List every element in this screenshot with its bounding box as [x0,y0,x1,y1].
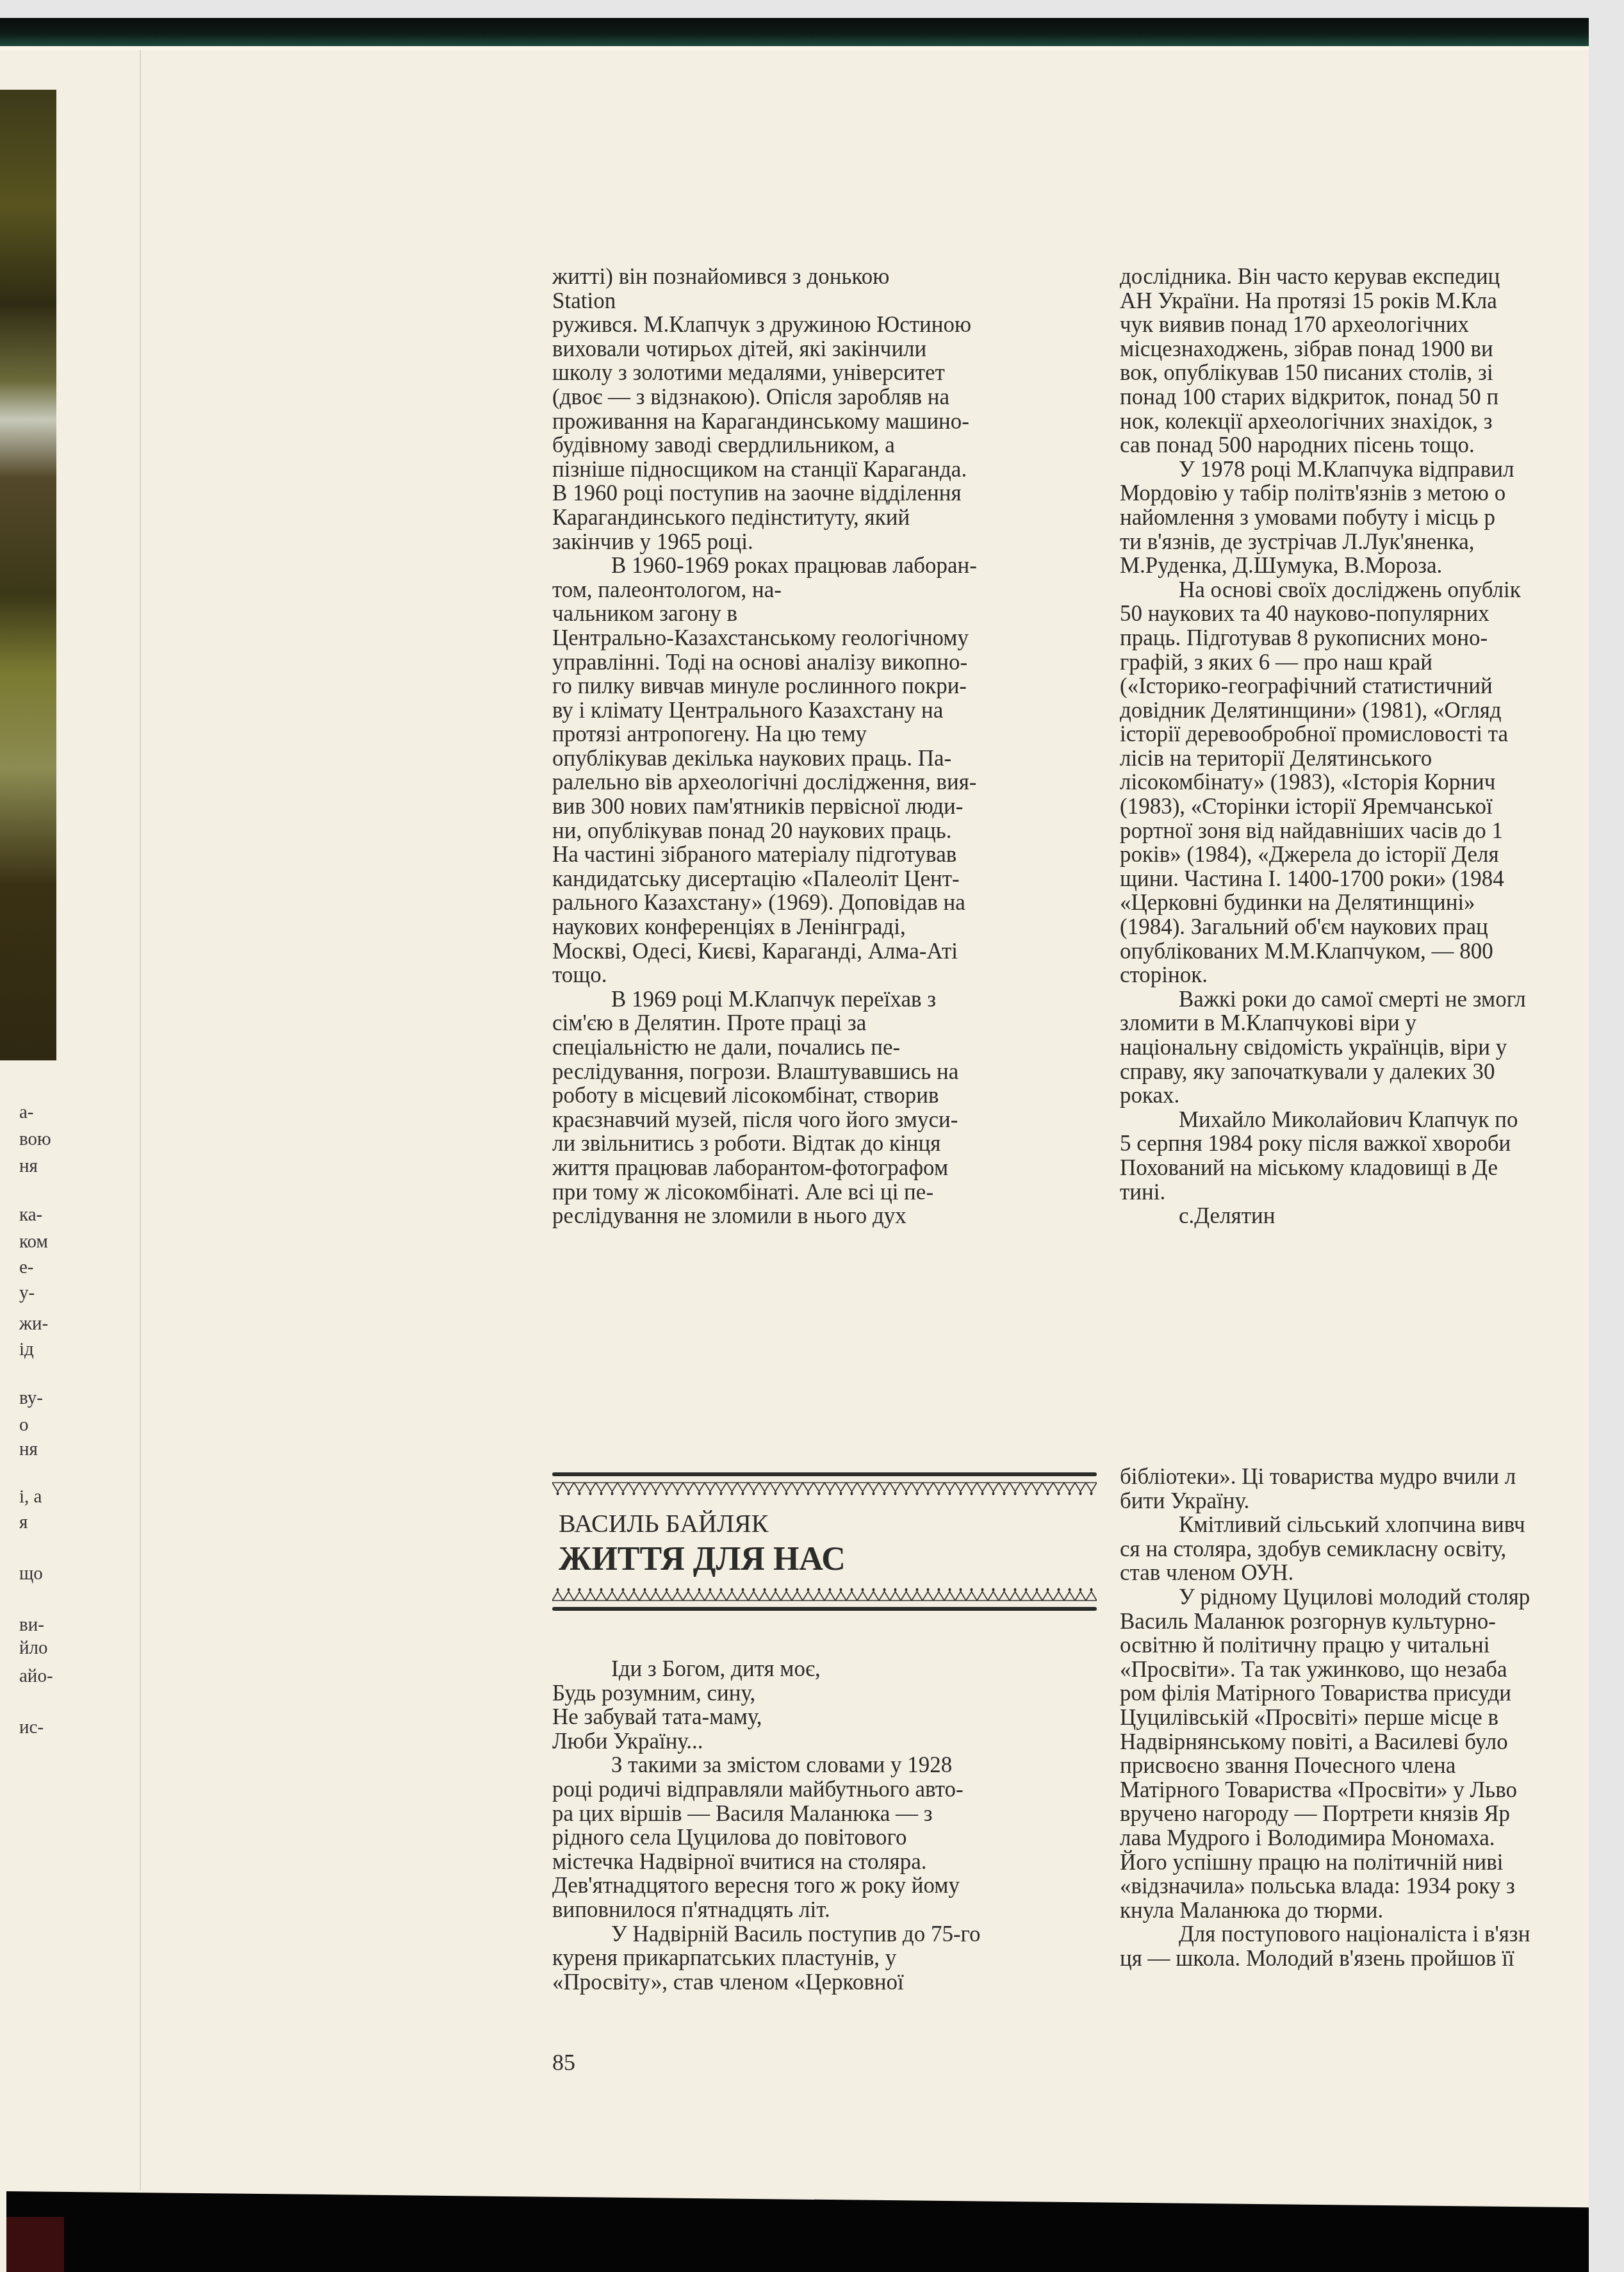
paragraph: бібліотеки». Ці товариства мудро вчили л… [1120,1465,1594,1513]
text-line: школу з золотими медалями, університет [552,361,1103,385]
text-line: Люби Україну... [552,1729,1103,1754]
text-line: бити Україну. [1120,1489,1594,1513]
paragraph: З такими за змістом словами у 1928році р… [552,1753,1103,1922]
text-line: присвоєно звання Почесного члена [1120,1754,1594,1778]
text-line: ву і клімату Центрального Казахстану на [552,698,1103,723]
text-line: Похований на міському кладовищі в Де [1120,1156,1594,1180]
text-line: при тому ж лісокомбінаті. Але всі ці пе- [552,1180,1103,1205]
text-line: тині. [1120,1180,1594,1205]
text-line: У Надвірній Василь поступив до 75-го [552,1922,1103,1947]
text-line: куреня прикарпатських пластунів, у [552,1946,1103,1970]
paragraph: Іди з Богом, дитя моє,Будь розумним, син… [552,1657,1103,1753]
text-line: будівному заводі свердлильником, а [552,433,1103,457]
text-line: го пилку вивчав минуле рослинного покри- [552,674,1103,698]
text-line: сав понад 500 народних пісень тощо. [1120,433,1594,457]
text-line: роках. [1120,1083,1594,1108]
text-line: Михайло Миколайович Клапчук по [1120,1108,1594,1132]
article1-column-right: дослідника. Він часто керував експедицАН… [1120,265,1594,1228]
text-line: управлінні. Тоді на основі аналізу викоп… [552,650,1103,675]
previous-page-text: ня [19,1156,38,1177]
text-line: вручено нагороду — Портрети князів Яр [1120,1802,1594,1826]
text-line: ра цих віршів — Василя Маланюка — з [552,1802,1103,1826]
text-line: 50 наукових та 40 науково-популярних [1120,602,1594,626]
text-line: У рідному Цуцилові молодий столяр [1120,1585,1594,1609]
text-line: праць. Підготував 8 рукописних моно- [1120,626,1594,650]
header-rule-bottom [552,1607,1097,1611]
text-line: кнула Маланюка до тюрми. [1120,1898,1594,1923]
text-line: дослідника. Він часто керував експедиц [1120,265,1594,289]
text-line: У 1978 році М.Клапчука відправил [1120,457,1594,482]
paragraph: Важкі роки до самої смерті не змоглзломи… [1120,987,1594,1108]
text-line: М.Руденка, Д.Шумука, В.Мороза. [1120,554,1594,578]
text-line: спеціальністю не дали, почались пе- [552,1035,1103,1060]
previous-page-text: ви- [19,1615,44,1636]
text-line: освітню й політичну працю у читальні [1120,1633,1594,1658]
text-line: Центрально-Казахстанському геологічному [552,626,1103,650]
previous-page-text: я [19,1512,28,1533]
previous-page-text: і, а [19,1486,42,1508]
text-line: В 1960-1969 роках працював лаборан- [552,554,1103,578]
text-line: Не забувай тата-маму, [552,1705,1103,1729]
header-rule-top [552,1472,1097,1476]
previous-page-text: ву- [19,1388,43,1409]
paragraph: житті) він познайомився з донькоюStation… [552,265,1103,554]
text-line: чук виявив понад 170 археологічних [1120,313,1594,337]
text-line: ти в'язнів, де зустрічав Л.Лук'яненка, [1120,530,1594,554]
text-line: лісокомбінату» (1983), «Історія Корнич [1120,770,1594,794]
text-line: реслідування, погрози. Влаштувавшись на [552,1060,1103,1084]
paragraph: дослідника. Він часто керував експедицАН… [1120,265,1594,457]
text-line: (1984). Загальний об'єм наукових прац [1120,915,1594,939]
ornament-border-top [552,1481,1097,1495]
text-line: пізніше підносщиком на станції Караганда… [552,457,1103,482]
text-line: кандидатську дисертацію «Палеоліт Цент- [552,867,1103,891]
previous-page-text: ня [19,1439,38,1460]
text-line: ся на столяра, здобув семикласну освіту, [1120,1537,1594,1561]
text-line: рального Казахстану» (1969). Доповідав н… [552,891,1103,915]
text-line: зломити в М.Клапчукові віри у [1120,1011,1594,1035]
previous-page-text: ка- [19,1205,42,1226]
text-line: році родичі відправляли майбутнього авто… [552,1777,1103,1802]
text-line: На частині зібраного матеріалу підготува… [552,843,1103,867]
text-line: графій, з яких 6 — про наш край [1120,650,1594,675]
text-line: вок, опублікував 150 писаних столів, зі [1120,361,1594,385]
text-line: Надвірнянському повіті, а Василеві було [1120,1730,1594,1754]
previous-page-text: ис- [19,1717,44,1738]
text-line: На основі своїх досліджень опублік [1120,578,1594,602]
text-line: національну свідомість українців, віри у [1120,1035,1594,1060]
text-line: нок, колекції археологічних знахідок, з [1120,409,1594,434]
text-line: ли звільнитись з роботи. Відтак до кінця [552,1132,1103,1156]
paragraph: В 1960-1969 роках працював лаборан-том, … [552,554,1103,987]
previous-page-text: ід [19,1339,34,1360]
text-line: щини. Частина І. 1400-1700 роки» (1984 [1120,867,1594,891]
paragraph: с.Делятин [1120,1204,1594,1228]
text-line: довідник Делятинщини» (1981), «Огляд [1120,698,1594,723]
previous-page-text: айо- [19,1666,53,1687]
paragraph: У 1978 році М.Клапчука відправилМордовію… [1120,457,1594,578]
previous-page-fragments: а-воюняка-коме-у-жи-ідву-оняі, аящови-йл… [0,0,147,2272]
text-line: опублікованих М.М.Клапчуком, — 800 [1120,939,1594,964]
article2-column-right: бібліотеки». Ці товариства мудро вчили л… [1120,1465,1594,1970]
ornament-border-bottom [552,1588,1097,1602]
text-line: життя працював лаборантом-фотографом [552,1156,1103,1180]
previous-page-text: жи- [19,1313,48,1335]
text-line: бібліотеки». Ці товариства мудро вчили л [1120,1465,1594,1489]
text-line: виховали чотирьох дітей, які закінчили [552,337,1103,361]
article-title: ЖИТТЯ ДЛЯ НАС [559,1542,1097,1577]
text-line: реслідування не зломили в нього дух [552,1204,1103,1228]
text-line: опублікував декілька наукових праць. Па- [552,746,1103,771]
article2-header: ВАСИЛЬ БАЙЛЯК ЖИТТЯ ДЛЯ НАС [552,1472,1097,1611]
page-top-edge [0,46,1589,50]
previous-page-text: вою [19,1129,51,1150]
article2-column-left: Іди з Богом, дитя моє,Будь розумним, син… [552,1657,1103,1994]
text-line: закінчив у 1965 році. [552,530,1103,554]
text-line: проживання на Карагандинському машино- [552,409,1103,434]
paragraph: На основі своїх досліджень опублік50 нау… [1120,578,1594,987]
text-line: рідного села Цуцилова до повітового [552,1825,1103,1850]
text-line: Матірного Товариства «Просвіти» у Льво [1120,1778,1594,1802]
text-line: ралельно вів археологічні дослідження, в… [552,770,1103,794]
text-line: В 1960 році поступив на заочне відділенн… [552,481,1103,506]
text-line: Дев'ятнадцятого вересня того ж року йому [552,1873,1103,1898]
text-line: Іди з Богом, дитя моє, [552,1657,1103,1681]
paragraph: Кмітливий сільський хлопчина вивчся на с… [1120,1513,1594,1585]
text-line: справу, яку започаткували у далеких 30 [1120,1060,1594,1084]
text-line: 5 серпня 1984 року після важкої хвороби [1120,1132,1594,1156]
text-line: наукових конференціях в Ленінграді, [552,915,1103,939]
text-line: («Історико-географічний статистичний [1120,674,1594,698]
text-line: понад 100 старих відкриток, понад 50 п [1120,385,1594,409]
page-number: 85 [552,2049,575,2076]
text-line: Station [552,289,1103,313]
article1-column-left: житті) він познайомився з донькоюStation… [552,265,1103,1228]
text-line: Для поступового націоналіста і в'язн [1120,1922,1594,1947]
text-line: АН України. На протязі 15 років М.Кла [1120,289,1594,313]
text-line: Карагандинського педінституту, який [552,506,1103,530]
text-line: лава Мудрого і Володимира Мономаха. [1120,1826,1594,1850]
text-line: Кмітливий сільський хлопчина вивч [1120,1513,1594,1537]
text-line: вив 300 нових пам'ятників первісної люди… [552,794,1103,819]
text-line: том, палеонтологом, на- [552,578,1103,602]
previous-page-text: що [19,1563,43,1585]
text-line: Москві, Одесі, Києві, Караганді, Алма-Ат… [552,939,1103,964]
text-line: тощо. [552,963,1103,987]
text-line: житті) він познайомився з донькою [552,265,1103,289]
text-line: років» (1984), «Джерела до історії Деля [1120,843,1594,867]
paragraph: Для поступового націоналіста і в'язнця —… [1120,1922,1594,1970]
text-line: В 1969 році М.Клапчук переїхав з [552,987,1103,1012]
text-line: «відзначила» польська влада: 1934 року з [1120,1874,1594,1898]
text-line: сім'єю в Делятин. Проте праці за [552,1011,1103,1035]
text-line: містечка Надвірної вчитися на столяра. [552,1850,1103,1874]
paragraph: У рідному Цуцилові молодий столярВасиль … [1120,1585,1594,1922]
text-line: ружився. М.Клапчук з дружиною Юстиною [552,313,1103,337]
article-author: ВАСИЛЬ БАЙЛЯК [559,1510,1097,1538]
paragraph: В 1969 році М.Клапчук переїхав зсім'єю в… [552,987,1103,1228]
text-line: місцезнаходжень, зібрав понад 1900 ви [1120,337,1594,361]
text-line: лісів на території Делятинського [1120,746,1594,771]
previous-page-text: у- [19,1283,35,1304]
text-line: с.Делятин [1120,1204,1594,1228]
previous-page-text: о [19,1415,29,1436]
text-line: Мордовію у табір політв'язнів з метою о [1120,481,1594,506]
text-line: З такими за змістом словами у 1928 [552,1753,1103,1777]
text-line: виповнилося п'ятнадцять літ. [552,1898,1103,1922]
text-line: Важкі роки до самої смерті не змогл [1120,987,1594,1012]
text-line: сторінок. [1120,963,1594,987]
text-line: Будь розумним, сину, [552,1681,1103,1706]
text-line: історії деревообробної промисловості та [1120,722,1594,746]
text-line: (1983), «Сторінки історії Яремчанської [1120,794,1594,819]
text-line: Його успішну працю на політичній ниві [1120,1850,1594,1875]
text-line: «Просвіти». Та так ужинково, що незаба [1120,1658,1594,1682]
text-line: рортної зоня від найдавніших часів до 1 [1120,819,1594,843]
text-line: ром філія Матірного Товариства присуди [1120,1681,1594,1706]
text-line: ни, опублікував понад 20 наукових праць. [552,819,1103,843]
text-line: найомлення з умовами побуту і місць р [1120,506,1594,530]
text-line: ця — школа. Молодий в'язень пройшов її [1120,1947,1594,1971]
previous-page-text: йло [19,1638,48,1659]
text-line: чальником загону в [552,602,1103,626]
previous-page-text: ком [19,1231,48,1253]
text-line: (двоє — з відзнакою). Опісля заробляв на [552,385,1103,409]
text-line: роботу в місцевий лісокомбінат, створив [552,1083,1103,1108]
text-line: «Церковні будинки на Делятинщині» [1120,891,1594,915]
text-line: краєзнавчий музей, після чого його змуси… [552,1108,1103,1132]
text-line: Цуцилівській «Просвіті» перше місце в [1120,1706,1594,1730]
previous-page-text: е- [19,1257,34,1278]
book-top-edge [0,18,1589,46]
text-line: протязі антропогену. На цю тему [552,722,1103,746]
text-line: «Просвіту», став членом «Церковної [552,1970,1103,1995]
text-line: Василь Маланюк розгорнув культурно- [1120,1609,1594,1634]
paragraph: У Надвірній Василь поступив до 75-гокуре… [552,1922,1103,1995]
text-line: став членом ОУН. [1120,1561,1594,1585]
previous-page-text: а- [19,1102,34,1123]
paragraph: Михайло Миколайович Клапчук по5 серпня 1… [1120,1108,1594,1204]
